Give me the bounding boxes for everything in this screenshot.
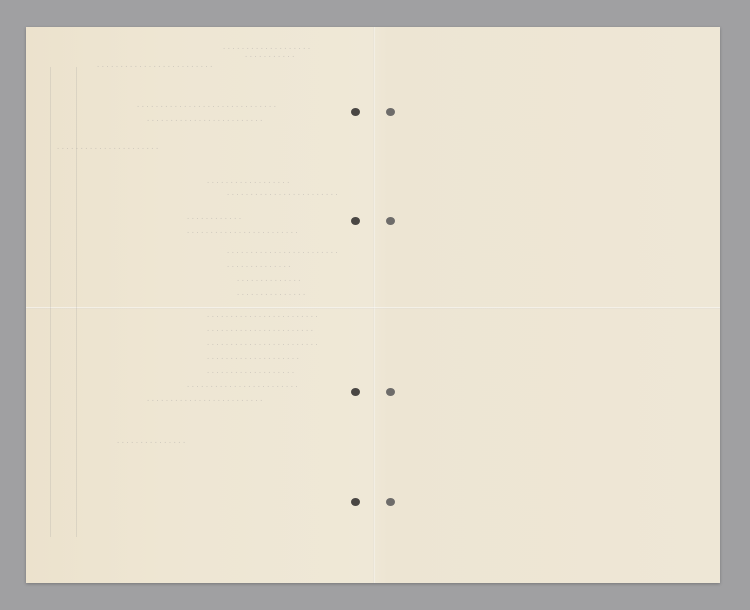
bleed-text: ........................ [226,247,339,255]
bleed-text: ......................... [96,61,214,69]
vertical-fold [373,27,375,583]
bleed-text: .............. [226,261,292,269]
margin-mark [50,67,51,537]
bleed-text: ........................ [226,189,339,197]
punch-hole [351,108,360,116]
punch-hole [386,388,395,396]
bleed-text: ......................... [146,115,264,123]
punch-hole [386,217,395,225]
bleed-text: ............... [116,437,187,445]
bleed-text: ........................ [206,339,319,347]
punch-hole [351,498,360,506]
bleed-text: .............................. [136,101,277,109]
bleed-text: ................... [206,367,296,375]
bleed-text: .............. [236,275,302,283]
bleed-text: ............... [236,289,307,297]
bleed-text: ........................ [206,311,319,319]
bleed-text: ...................... [56,143,160,151]
punch-hole [386,108,395,116]
bleed-text: ....................... [206,325,314,333]
bleed-text: ........................ [186,381,299,389]
bleed-text: ................... [222,43,312,51]
bleed-text: .................. [206,177,291,185]
horizontal-fold [26,307,720,309]
bleed-text: .................... [206,353,300,361]
margin-mark [76,67,77,537]
bleed-text: ............ [186,213,243,221]
punch-hole [386,498,395,506]
bleed-text: ........... [244,51,296,59]
punch-hole [351,217,360,225]
punch-hole [351,388,360,396]
bleed-text: ........................ [186,227,299,235]
paper-sheet: ................... ........... ........… [26,27,720,583]
bleed-text: ......................... [146,395,264,403]
